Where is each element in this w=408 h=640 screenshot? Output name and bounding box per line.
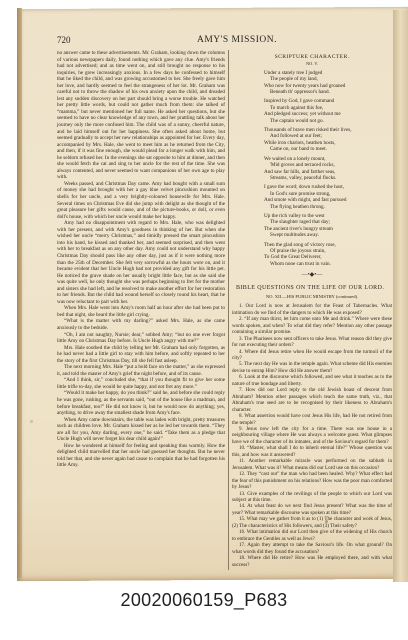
story-paragraph: The next morning Mrs. Hale “put a bold f… [57, 364, 225, 377]
story-paragraph: “And I think, sir,” concluded she, “that… [57, 377, 225, 390]
story-paragraph: Weeks passed, and Christmas Day came. Am… [57, 181, 225, 220]
story-paragraph: “What is the matter with my darling?” as… [57, 318, 225, 331]
poem-stanza: Under a stately tree I judged The people… [264, 70, 392, 96]
bible-question: 14. At what feast do we next find Jesus … [232, 503, 392, 516]
bible-question: 3. The Pharisees now sent officers to ta… [232, 336, 392, 349]
bible-question: 4. Where did Jesus retire when He would … [232, 349, 392, 362]
story-paragraph: When Amy came downstairs, the table was … [57, 417, 225, 443]
column-divider [228, 50, 229, 570]
story-paragraph: How he wondered at himself for feeling a… [57, 443, 225, 469]
bible-question: 18. Where did He retire? How was He empl… [232, 555, 392, 568]
poem-line: Streams, valley, peaceful flocks. [264, 175, 392, 181]
page-header: 720 AMY'S MISSION. [57, 35, 377, 47]
left-column-story: no answer came to these advertisements. … [57, 50, 225, 469]
poem-stanza: Up the rich valley to the west The slaug… [264, 213, 392, 239]
running-title: AMY'S MISSION. [197, 35, 277, 45]
bible-question: 11. Another remarkable miracle was perfo… [232, 458, 392, 471]
questions-section-title: BIBLE QUESTIONS ON THE LIFE OF OUR LORD. [236, 285, 392, 291]
bible-question: 2. “If any man thirst, let him come unto… [232, 316, 392, 335]
page-spine-edge [17, 8, 22, 578]
paper-stain [325, 520, 328, 523]
story-paragraph: Amy had no disappointment with regard to… [57, 220, 225, 305]
bible-question: 9. Jesus now left the city for a time. T… [232, 426, 392, 445]
bible-question: 10. “Master, what shall I do to inherit … [232, 445, 392, 458]
bible-question: 17. Again they attempt to take the Savio… [232, 542, 392, 555]
poem-line: The captain would not go. [264, 118, 392, 124]
story-paragraph: “Oh, I am not naughty, Nursie; dear,” so… [57, 332, 225, 345]
bible-question: 15. What may we gather from it as to (1)… [232, 516, 392, 529]
bible-question: 13. Give examples of the revilings of th… [232, 491, 392, 504]
bible-question: 1. Our Lord is now at Jerusalem for the … [232, 303, 392, 316]
poem-stanza: We waited on a lonely mount, 'Mid groves… [264, 156, 392, 182]
bible-question: 6. Look at the discourse which followed,… [232, 374, 392, 387]
bible-question: 8. What assertion would have cost Jesus … [232, 413, 392, 426]
section-ornament-divider: —•◆•— [232, 272, 392, 278]
story-paragraph: no answer came to these advertisements. … [57, 50, 225, 181]
next-page-edge [393, 10, 408, 582]
poem-line: Came on, our band to meet. [264, 146, 392, 152]
poem-stanza: Then the glad song of victory rose, Of p… [264, 242, 392, 268]
poem-line: Swept multitudes away. [264, 232, 392, 238]
right-column: SCRIPTURE CHARACTER. NO. V. Under a stat… [232, 50, 392, 568]
bible-question: 7. How did our Lord reply to the old Jew… [232, 387, 392, 413]
story-paragraph: “Would it make her happy, do you think?”… [57, 390, 225, 416]
paper-stain [30, 420, 33, 423]
bible-question: 5. The next day He was in the temple aga… [232, 361, 392, 374]
poem-title: SCRIPTURE CHARACTER. [232, 54, 392, 60]
poem-line: The flying heathen throng. [264, 204, 392, 210]
poem-stanza: Thousands of brave men risked their live… [264, 127, 392, 153]
poem-line: Beneath th' oppressor's hand. [264, 89, 392, 95]
page-number: 720 [57, 35, 71, 45]
story-paragraph: Mrs. Hale soothed the child by telling h… [57, 345, 225, 365]
poem-stanza: Inspired by God, I gave command To march… [264, 98, 392, 124]
questions-section-subtitle: NO. XII.—HIS PUBLIC MINISTRY (continued)… [232, 294, 392, 300]
poem-line: Whom none can trust in vain. [264, 261, 392, 267]
story-paragraph: When Mrs. Hale went into Amy's room half… [57, 305, 225, 318]
bible-question: 16. What intimation did our Lord then gi… [232, 529, 392, 542]
poem-number: NO. V. [232, 61, 392, 67]
poem-stanza: I gave the word; down rushed the host, I… [264, 184, 392, 210]
image-caption-id: 20020060159_P683 [0, 590, 408, 611]
bible-question: 12. They “cast out” the man who had been… [232, 471, 392, 490]
